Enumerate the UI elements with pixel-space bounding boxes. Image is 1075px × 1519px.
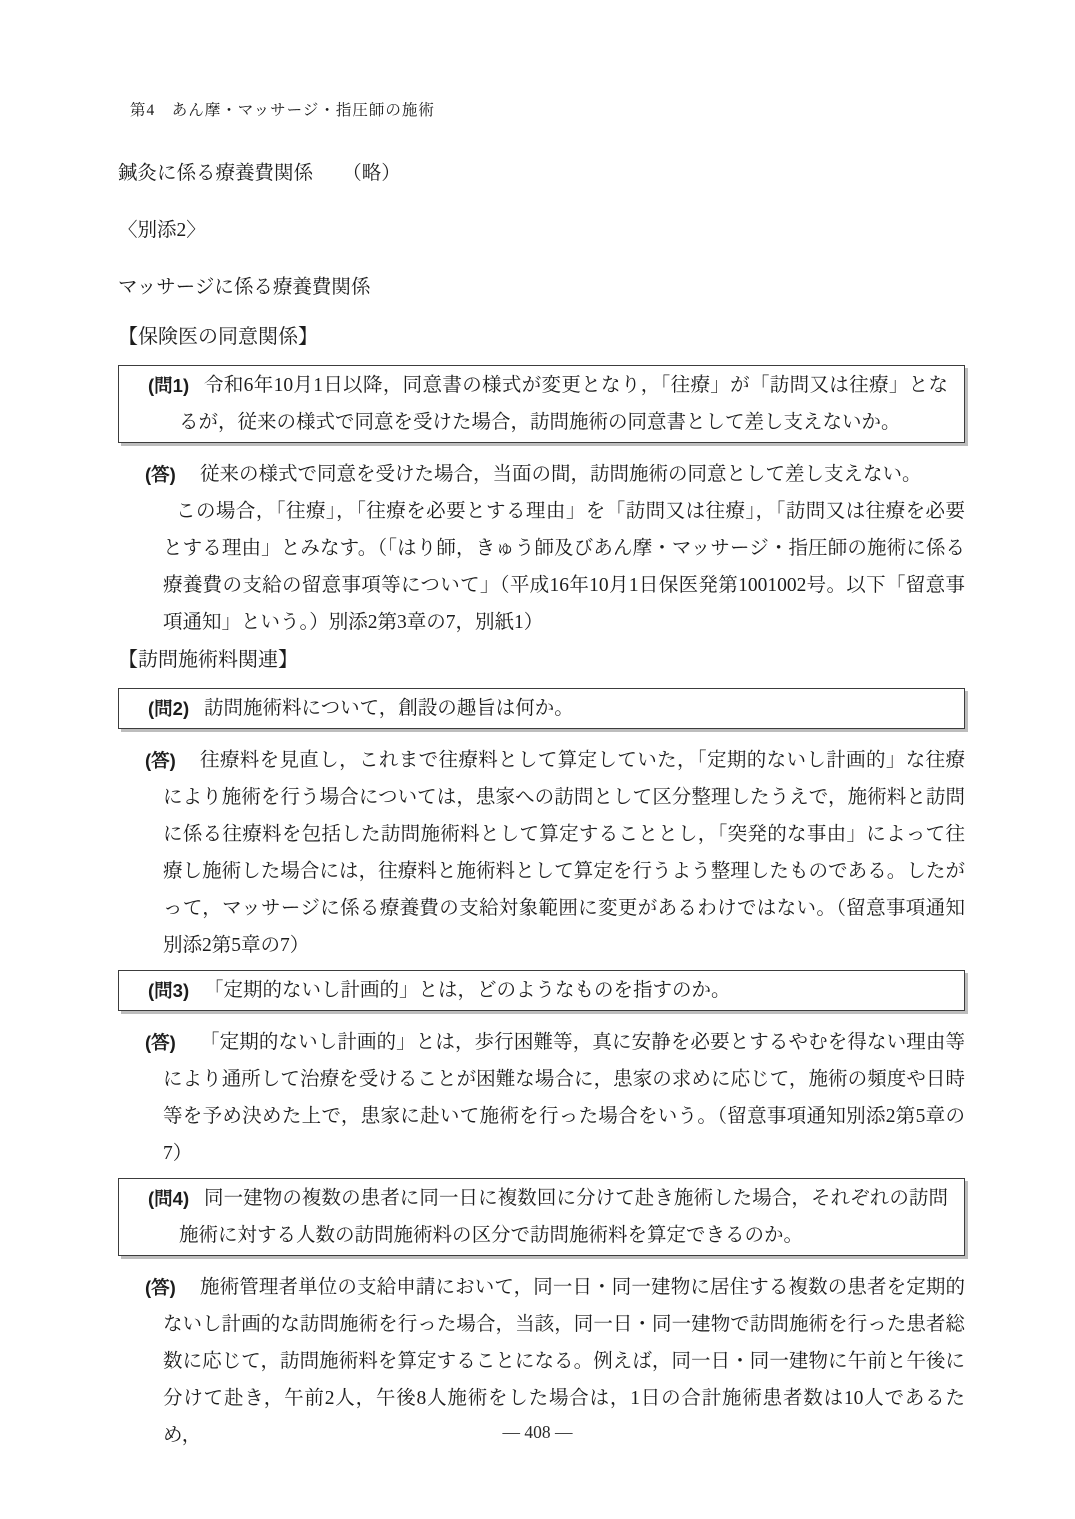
question-box-1: (問1) 令和6年10月1日以降，同意書の様式が変更となり，「往療」が「訪問又は… — [118, 365, 965, 443]
document-page: 第4 あん摩・マッサージ・指圧師の施術 鍼灸に係る療養費関係 （略） 〈別添2〉… — [0, 0, 1075, 1519]
question-2: (問2) 訪問施術料について，創設の趣旨は何か。 — [179, 690, 948, 727]
answer-1-paragraph: 従来の様式で同意を受けた場合，当面の間，訪問施術の同意として差し支えない。 — [163, 456, 965, 493]
answer-3-label: (答) — [145, 1024, 176, 1061]
question-2-text: 訪問施術料について，創設の趣旨は何か。 — [179, 690, 948, 727]
answer-1: (答) 従来の様式で同意を受けた場合，当面の間，訪問施術の同意として差し支えない… — [163, 456, 965, 641]
question-1-label: (問1) — [148, 367, 189, 404]
question-3-label: (問3) — [148, 972, 189, 1009]
answer-2-label: (答) — [145, 742, 176, 779]
chapter-header: 第4 あん摩・マッサージ・指圧師の施術 — [130, 100, 965, 122]
question-box-4: (問4) 同一建物の複数の患者に同一日に複数回に分けて赴き施術した場合，それぞれ… — [118, 1178, 965, 1256]
question-4-text: 同一建物の複数の患者に同一日に複数回に分けて赴き施術した場合，それぞれの訪問施術… — [179, 1180, 948, 1254]
question-1-text: 令和6年10月1日以降，同意書の様式が変更となり，「往療」が「訪問又は往療」とな… — [179, 367, 948, 441]
answer-1-content: 従来の様式で同意を受けた場合，当面の間，訪問施術の同意として差し支えない。 この… — [163, 456, 965, 641]
question-4: (問4) 同一建物の複数の患者に同一日に複数回に分けて赴き施術した場合，それぞれ… — [179, 1180, 948, 1254]
section-heading-consent: 【保険医の同意関係】 — [118, 324, 965, 351]
section-heading-visit-fee: 【訪問施術料関連】 — [118, 647, 965, 674]
question-1: (問1) 令和6年10月1日以降，同意書の様式が変更となり，「往療」が「訪問又は… — [179, 367, 948, 441]
question-box-3: (問3) 「定期的ないし計画的」とは，どのようなものを指すのか。 — [118, 970, 965, 1011]
answer-3: (答) 「定期的ないし計画的」とは，歩行困難等，真に安静を必要とするやむを得ない… — [163, 1024, 965, 1172]
question-3: (問3) 「定期的ないし計画的」とは，どのようなものを指すのか。 — [179, 972, 948, 1009]
question-2-label: (問2) — [148, 690, 189, 727]
answer-2: (答) 往療料を見直し，これまで往療料として算定していた，「定期的ないし計画的」… — [163, 742, 965, 964]
intro-line-bettenn2: 〈別添2〉 — [118, 217, 965, 244]
answer-2-content: 往療料を見直し，これまで往療料として算定していた，「定期的ないし計画的」な往療に… — [163, 742, 965, 964]
question-box-2: (問2) 訪問施術料について，創設の趣旨は何か。 — [118, 688, 965, 729]
answer-4-label: (答) — [145, 1269, 176, 1306]
page-number: — 408 — — [0, 1420, 1075, 1444]
answer-2-paragraph: 往療料を見直し，これまで往療料として算定していた，「定期的ないし計画的」な往療に… — [163, 742, 965, 964]
intro-line-shinkyu: 鍼灸に係る療養費関係 （略） — [118, 160, 965, 187]
answer-3-paragraph: 「定期的ないし計画的」とは，歩行困難等，真に安静を必要とするやむを得ない理由等に… — [163, 1024, 965, 1172]
intro-line-massage: マッサージに係る療養費関係 — [118, 274, 965, 301]
answer-1-label: (答) — [145, 456, 176, 493]
question-4-label: (問4) — [148, 1180, 189, 1217]
answer-3-content: 「定期的ないし計画的」とは，歩行困難等，真に安静を必要とするやむを得ない理由等に… — [163, 1024, 965, 1172]
question-3-text: 「定期的ないし計画的」とは，どのようなものを指すのか。 — [179, 972, 948, 1009]
answer-1-paragraph: この場合，「往療」，「往療を必要とする理由」を「訪問又は往療」，「訪問又は往療を… — [163, 493, 965, 641]
